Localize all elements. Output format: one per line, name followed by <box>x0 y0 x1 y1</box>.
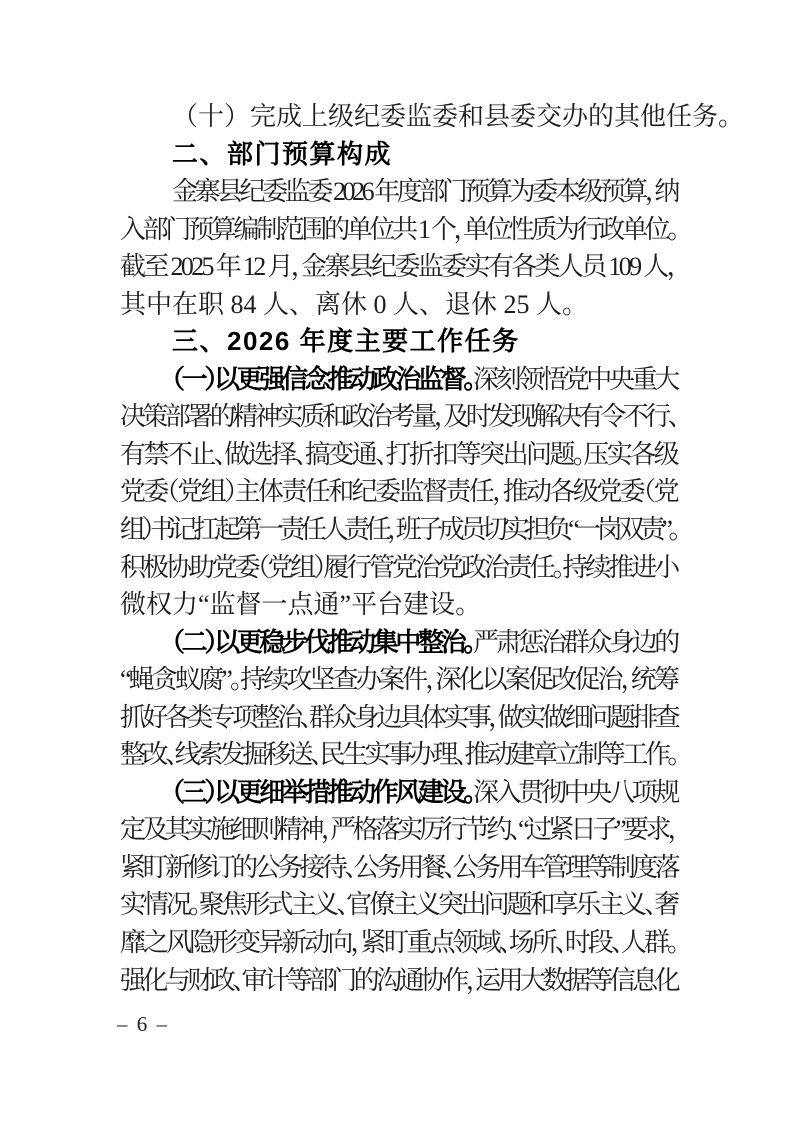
text-line: 决策部署的精神实质和政治考量，及时发现解决有令不行、 <box>120 398 677 436</box>
text-line: （一）以更强信念推动政治监督。深刻领悟党中央重大 <box>120 361 677 399</box>
text-line: 组）书记扛起第一责任人责任，班子成员切实担负“一岗双责”。 <box>120 511 677 549</box>
text-line: （二）以更稳步伐推动集中整治。严肃惩治群众身边的 <box>120 624 677 662</box>
text-line: “蝇贪蚁腐”。持续攻坚查办案件，深化以案促改促治，统筹 <box>120 661 677 699</box>
text-segment-body: 严肃惩治群众身边的 <box>473 628 677 657</box>
text-segment-body: 定及其实施细则精神，严格落实厉行节约、“过紧日子”要求， <box>120 815 677 844</box>
text-line: 靡之风隐形变异新动向，紧盯重点领域、场所、时段、人群。 <box>120 924 677 962</box>
text-segment-body: 整改、线索发掘移送、民生实事办理、推动建章立制等工作。 <box>120 740 677 769</box>
text-line: 金寨县纪委监委 2026 年度部门预算为委本级预算，纳 <box>120 173 677 211</box>
text-line: 有禁不止、做选择、搞变通、打折扣等突出问题。压实各级 <box>120 436 677 474</box>
text-segment-lead: （一）以更强信念推动政治监督。 <box>172 365 473 394</box>
text-line: 定及其实施细则精神，严格落实厉行节约、“过紧日子”要求， <box>120 811 677 849</box>
text-line: 微权力“监督一点通”平台建设。 <box>120 586 677 624</box>
text-segment-body: 深刻领悟党中央重大 <box>473 365 677 394</box>
text-segment-heading: 三、2026 年度主要工作任务 <box>172 326 520 356</box>
text-segment-body: 入部门预算编制范围的单位共 1 个，单位性质为行政单位。 <box>120 215 677 244</box>
text-line: 二、部门预算构成 <box>120 136 677 174</box>
text-line: 强化与财政、审计等部门的沟通协作，运用大数据等信息化 <box>120 962 677 1000</box>
text-line: 入部门预算编制范围的单位共 1 个，单位性质为行政单位。 <box>120 211 677 249</box>
text-segment-body: 有禁不止、做选择、搞变通、打折扣等突出问题。压实各级 <box>120 440 677 469</box>
text-line: 积极协助党委（党组）履行管党治党政治责任。持续推进小 <box>120 549 677 587</box>
text-segment-body: “蝇贪蚁腐”。持续攻坚查办案件，深化以案促改促治，统筹 <box>120 665 677 694</box>
text-segment-body: 积极协助党委（党组）履行管党治党政治责任。持续推进小 <box>120 553 677 582</box>
text-segment-body: 靡之风隐形变异新动向，紧盯重点领域、场所、时段、人群。 <box>120 928 677 957</box>
text-segment-body: 抓好各类专项整治、群众身边具体实事，做实做细问题排查 <box>120 703 677 732</box>
text-segment-body: 实情况。聚焦形式主义、官僚主义突出问题和享乐主义、奢 <box>120 890 677 919</box>
text-segment-body: 组）书记扛起第一责任人责任，班子成员切实担负“一岗双责”。 <box>120 515 677 544</box>
text-line: 实情况。聚焦形式主义、官僚主义突出问题和享乐主义、奢 <box>120 886 677 924</box>
text-segment-body: 截至 2025 年 12 月，金寨县纪委监委实有各类人员 109 人， <box>120 252 677 281</box>
text-segment-body: 党委（党组）主体责任和纪委监督责任，推动各级党委（党 <box>120 477 677 506</box>
text-line: 紧盯新修订的公务接待、公务用餐、公务用车管理等制度落 <box>120 849 677 887</box>
page-number: – 6 – <box>117 1012 169 1037</box>
text-segment-body: 紧盯新修订的公务接待、公务用餐、公务用车管理等制度落 <box>120 853 677 882</box>
text-line: （三）以更细举措推动作风建设。深入贯彻中央八项规 <box>120 774 677 812</box>
text-segment-body: 决策部署的精神实质和政治考量，及时发现解决有令不行、 <box>120 402 677 431</box>
text-segment-body: 强化与财政、审计等部门的沟通协作，运用大数据等信息化 <box>120 966 677 995</box>
text-segment-lead: （二）以更稳步伐推动集中整治。 <box>172 628 473 657</box>
text-segment-heading: 二、部门预算构成 <box>172 139 392 169</box>
text-line: 三、2026 年度主要工作任务 <box>120 323 677 361</box>
text-line: 抓好各类专项整治、群众身边具体实事，做实做细问题排查 <box>120 699 677 737</box>
text-line: 截至 2025 年 12 月，金寨县纪委监委实有各类人员 109 人， <box>120 248 677 286</box>
text-segment-body: 深入贯彻中央八项规 <box>473 778 677 807</box>
text-segment-body: 微权力“监督一点通”平台建设。 <box>120 590 481 619</box>
text-segment-body: 其中在职 84 人、离休 0 人、退休 25 人。 <box>120 290 588 319</box>
text-line: 其中在职 84 人、离休 0 人、退休 25 人。 <box>120 286 677 324</box>
text-segment-body: 金寨县纪委监委 2026 年度部门预算为委本级预算，纳 <box>172 177 677 206</box>
text-line: 整改、线索发掘移送、民生实事办理、推动建章立制等工作。 <box>120 736 677 774</box>
text-segment-body: （十）完成上级纪委监委和县委交办的其他任务。 <box>172 102 744 131</box>
text-line: 党委（党组）主体责任和纪委监督责任，推动各级党委（党 <box>120 473 677 511</box>
text-line: （十）完成上级纪委监委和县委交办的其他任务。 <box>120 98 677 136</box>
document-body: （十）完成上级纪委监委和县委交办的其他任务。二、部门预算构成金寨县纪委监委 20… <box>120 98 677 999</box>
text-segment-lead: （三）以更细举措推动作风建设。 <box>172 778 473 807</box>
